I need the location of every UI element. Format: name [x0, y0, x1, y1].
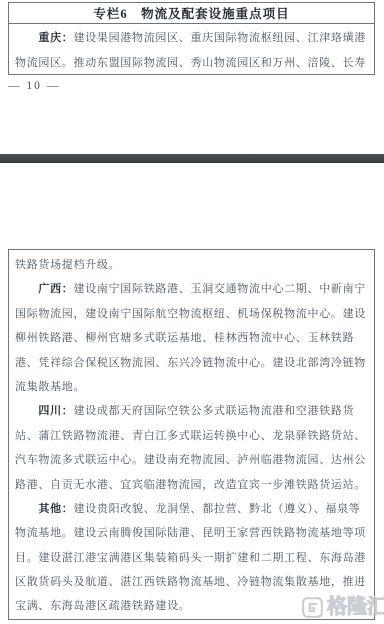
text-line: 路港、自贡无水港、宜宾临港物流园，改造宜宾一步滩铁路货运站。 — [15, 473, 368, 497]
text-line: 港、凭祥综合保税区物流园、东兴冷链物流中心。建设北部湾冷链物 — [15, 351, 368, 375]
line-text: 汽车物流多式联运中心。建设南充物流园、泸州临港物流园、达州公 — [15, 454, 366, 466]
text-line: 其他：建设贵阳改貌、龙洞堡、都拉营、黔北（遵义）、福泉等 — [15, 497, 368, 521]
line-text: 宝满、东海岛港区疏港铁路建设。 — [15, 600, 191, 612]
watermark: 格隆汇 — [301, 593, 384, 621]
line-text: 国际物流园，建设南宁国际航空物流枢纽、机场保税物流中心。建设 — [15, 308, 366, 320]
text-line: 站、蒲江铁路物流港、青白江多式联运转换中心、龙泉驿铁路货站、 — [15, 424, 368, 448]
column-box-page1: 专栏6 物流及配套设施重点项目 重庆：建设果园港物流园区、重庆国际物流枢纽园、江… — [8, 2, 375, 75]
text-line: 柳州铁路港、柳州官塘多式联运基地、桂林西物流中心、玉林铁路 — [15, 326, 368, 350]
page-separator-bar — [0, 154, 384, 163]
text-line: 区散货码头及航道、湛江西铁路物流基地、冷链物流集散基地，推进 — [15, 570, 368, 594]
text-line: 广西：建设南宁国际铁路港、玉洞交通物流中心二期、中新南宁 — [15, 277, 368, 301]
text-line: 目。建设湛江港宝满港区集装箱码头一期扩建和二期工程、东海岛港 — [15, 546, 368, 570]
text-line: 流集散基地。 — [15, 375, 368, 399]
region-label-chongqing: 重庆： — [15, 32, 74, 44]
line-text: 建设南宁国际铁路港、玉洞交通物流中心二期、中新南宁 — [74, 283, 367, 295]
watermark-text: 格隆汇 — [327, 596, 384, 619]
region-label-sichuan: 四川： — [15, 405, 74, 417]
line-text: 铁路货场提档升级。 — [15, 259, 120, 271]
page-number: — 10 — — [8, 80, 60, 92]
line-text: 物流基地。建设云南腾俊国际陆港、昆明王家营西铁路物流基地等项 — [15, 527, 366, 539]
line-text: 柳州铁路港、柳州官塘多式联运基地、桂林西物流中心、玉林铁路 — [15, 332, 354, 344]
text-line: 重庆：建设果园港物流园区、重庆国际物流枢纽园、江津珞璜港 — [15, 26, 368, 51]
text-line: 国际物流园，建设南宁国际航空物流枢纽、机场保税物流中心。建设 — [15, 302, 368, 326]
column-box-page2: 铁路货场提档升级。 广西：建设南宁国际铁路港、玉洞交通物流中心二期、中新南宁 国… — [8, 249, 375, 620]
page-fragment-top: 专栏6 物流及配套设施重点项目 重庆：建设果园港物流园区、重庆国际物流枢纽园、江… — [0, 0, 384, 154]
line-text: 建设果园港物流园区、重庆国际物流枢纽园、江津珞璜港 — [74, 32, 367, 44]
line-text: 站、蒲江铁路物流港、青白江多式联运转换中心、龙泉驿铁路货站、 — [15, 430, 366, 442]
region-label-guangxi: 广西： — [15, 283, 74, 295]
gelonghui-logo-icon — [301, 596, 324, 619]
line-text: 路港、自贡无水港、宜宾临港物流园，改造宜宾一步滩铁路货运站。 — [15, 479, 366, 491]
column-box-body: 铁路货场提档升级。 广西：建设南宁国际铁路港、玉洞交通物流中心二期、中新南宁 国… — [9, 250, 374, 619]
text-line: 四川：建设成都天府国际空铁公多式联运物流港和空港铁路货 — [15, 399, 368, 423]
line-text: 建设贵阳改貌、龙洞堡、都拉营、黔北（遵义）、福泉等 — [74, 503, 361, 515]
text-line: 物流基地。建设云南腾俊国际陆港、昆明王家营西铁路物流基地等项 — [15, 521, 368, 545]
column-box-body: 重庆：建设果园港物流园区、重庆国际物流枢纽园、江津珞璜港 物流园区。推动东盟国际… — [9, 24, 374, 76]
column-box-title: 专栏6 物流及配套设施重点项目 — [9, 3, 374, 24]
text-line: 汽车物流多式联运中心。建设南充物流园、泸州临港物流园、达州公 — [15, 448, 368, 472]
line-text: 流集散基地。 — [15, 381, 85, 393]
text-line: 铁路货场提档升级。 — [15, 253, 368, 277]
document-viewer: { "colors": { "page_background": "#fffff… — [0, 0, 384, 624]
line-text: 港、凭祥综合保税区物流园、东兴冷链物流中心。建设北部湾冷链物 — [15, 357, 366, 369]
line-text: 目。建设湛江港宝满港区集装箱码头一期扩建和二期工程、东海岛港 — [15, 552, 366, 564]
line-text: 区散货码头及航道、湛江西铁路物流基地、冷链物流集散基地，推进 — [15, 576, 366, 588]
region-label-others: 其他： — [15, 503, 74, 515]
page-fragment-bottom: 铁路货场提档升级。 广西：建设南宁国际铁路港、玉洞交通物流中心二期、中新南宁 国… — [0, 163, 384, 624]
line-text: 物流园区。推动东盟国际物流园、秀山物流园区和万州、涪陵、长寿 — [15, 57, 366, 69]
text-line: 物流园区。推动东盟国际物流园、秀山物流园区和万州、涪陵、长寿 — [15, 51, 368, 76]
line-text: 建设成都天府国际空铁公多式联运物流港和空港铁路货 — [74, 405, 355, 417]
